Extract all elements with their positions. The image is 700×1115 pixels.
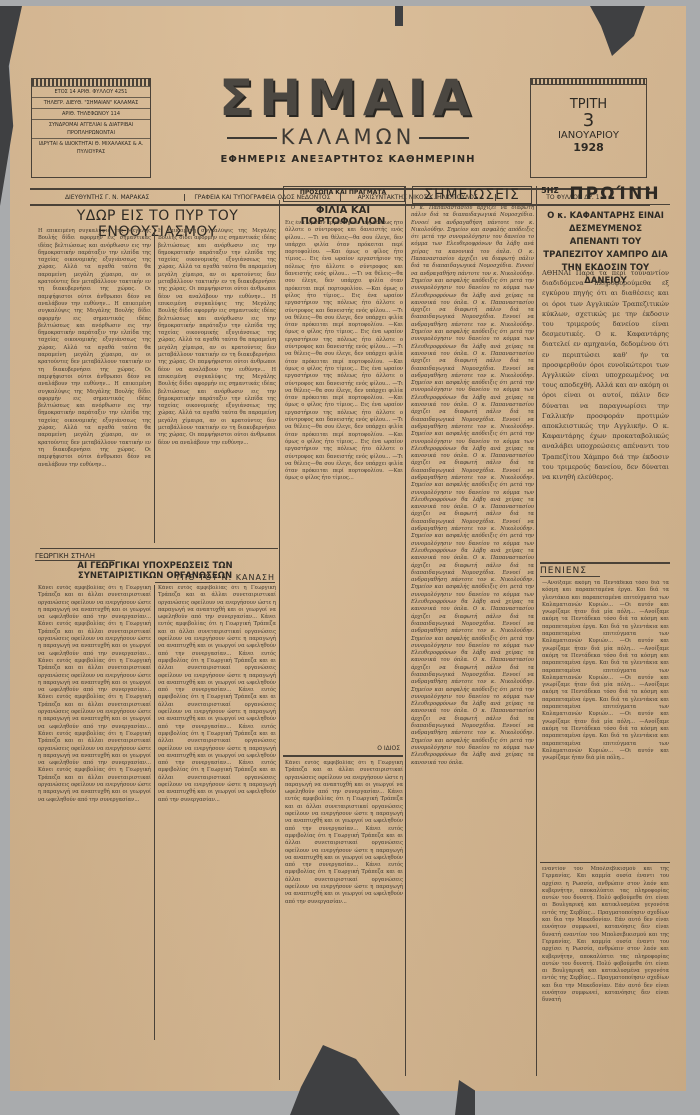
- notes-headline: ΣΗΜΕΙΩΣΕΙΣ: [412, 186, 532, 204]
- section-rule: [40, 548, 278, 549]
- fifth-body: ΑΘΗΝΑΙ Παρά τα περί τούναντίον διαδιδόμε…: [542, 268, 669, 560]
- penies-headline: ΠΕΝΙΕΝΣ: [540, 566, 600, 577]
- notes-body: Ο κ. Παπαναστασίου άρχιζει να διαφωτή πά…: [411, 205, 534, 1040]
- agri-byline: ΥΠΟ ΤΟΥ Ν. ΚΑΝΑΣΗ: [140, 573, 275, 582]
- bottom-right-body: εναντίον του Μπολσεβικισμού και της Γερμ…: [542, 866, 669, 1061]
- column-rule: [405, 186, 406, 1076]
- newspaper-title: ΣΗΜΑΙΑ: [178, 70, 518, 126]
- column-rule: [154, 228, 155, 543]
- date-month: ΙΑΝΟΥΑΡΙΟΥ: [531, 130, 646, 141]
- fifth-label: ΠΡΩΊΝΗ: [560, 184, 670, 205]
- masthead: ΕΤΟΣ 14 ΑΡΙΘ. ΦΥΛΛΟΥ 4251 ΤΗΛΕΓΡ. ΔΙΕΥΘ.…: [28, 70, 678, 180]
- date-year: 1928: [531, 141, 646, 154]
- newspaper-city: ΚΑΛΑΜΩΝ: [178, 125, 518, 149]
- column-rule: [536, 186, 537, 1076]
- decorative-border: [531, 79, 646, 85]
- penies-body: —Ανοίξαμε ακόμη τα Πεντάδεκα τόσο διά τα…: [542, 580, 669, 860]
- lead-article-col1: Η επικειμένη συγκαλύψις της Μεγάλης Βουλ…: [38, 228, 151, 546]
- persons-article-body: Εις ένα ωραίον εργαστήριον της πόλεως ήτ…: [285, 220, 403, 745]
- telegraph-address: ΤΗΛΕΓΡ. ΔΙΕΥΘ. "ΣΗΜΑΙΑΝ" ΚΑΛΑΜΑΣ: [32, 98, 150, 109]
- lead-article-col2: Η επικειμένη συγκαλύψις της Μεγάλης Βουλ…: [158, 228, 276, 546]
- date-box: ΤΡΙΤΗ 3 ΙΑΝΟΥΑΡΙΟΥ 1928: [530, 78, 647, 178]
- agri-kicker: ΓΕΩΡΓΙΚΗ ΣΤΗΛΗ: [35, 552, 115, 561]
- subscription-note: ΣΥΝΔΡΟΜΑΙ ΑΓΓΕΛΙΑΙ & ΔΙΑΤΡΙΒΑΙ ΠΡΟΠΛΗΡΩΝ…: [32, 120, 150, 139]
- column-rule: [154, 585, 155, 1040]
- decorative-border: [32, 79, 150, 87]
- agri-article-col3: Κάνει ευτός αμφιβολίας ότι η Γεωργική Τρ…: [285, 760, 403, 1040]
- founders: ΙΔΡΥΤΑΙ & ΙΔΙΟΚΤΗΤΑΙ Θ. ΜΙΧΑΛΑΚΑΣ & Α. Π…: [32, 139, 150, 157]
- date-day: 3: [531, 112, 646, 130]
- agri-article-col1: Κάνει ευτός αμφιβολίας ότι η Γεωργική Τρ…: [38, 585, 151, 1040]
- phone-number: ΑΡΙΘ. ΤΗΛΕΦΩΝΟΥ 114: [32, 109, 150, 120]
- newspaper-tagline: ΕΦΗΜΕΡΙΣ ΑΝΕΞΑΡΤΗΤΟΣ ΚΑΘΗΜΕΡΙΝΗ: [188, 154, 508, 165]
- persons-kicker: ΠΡΟΣΩΠΑ ΚΑΙ ΠΡΑΓΜΑΤΑ: [283, 189, 403, 196]
- torn-hole: [395, 6, 403, 26]
- byline-rule: [155, 582, 275, 583]
- section-rule: [540, 562, 670, 564]
- issue-number: ΕΤΟΣ 14 ΑΡΙΘ. ΦΥΛΛΟΥ 4251: [32, 87, 150, 98]
- column-rule: [279, 200, 280, 1080]
- masthead-info-box: ΕΤΟΣ 14 ΑΡΙΘ. ΦΥΛΛΟΥ 4251 ΤΗΛΕΓΡ. ΔΙΕΥΘ.…: [31, 78, 151, 178]
- section-rule: [540, 862, 670, 863]
- persons-signature: Ο ΙΔΙΟΣ: [340, 745, 400, 752]
- agri-article-col2: Κάνει ευτός αμφιβολίας ότι η Γεωργική Τρ…: [158, 585, 276, 1040]
- fifth-kicker: 5ΗΣ: [540, 186, 560, 195]
- director: ΔΙΕΥΘΥΝΤΗΣ Γ. Ν. ΜΑΡΑΚΑΣ: [30, 194, 185, 201]
- section-rule: [283, 755, 403, 757]
